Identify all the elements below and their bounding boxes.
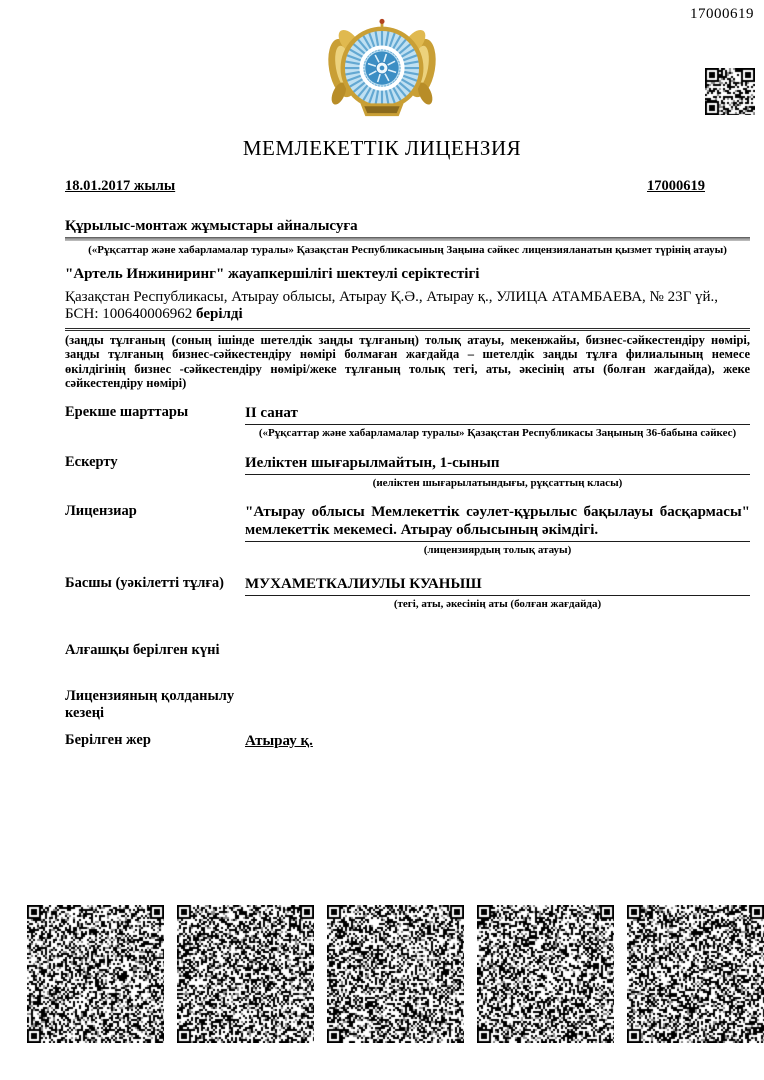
barcode-5-icon bbox=[627, 905, 764, 1043]
field-label: Ерекше шарттары bbox=[65, 404, 245, 421]
divider-thin bbox=[65, 328, 750, 331]
field-label: Лицензиар bbox=[65, 503, 245, 520]
licensee-address-line2: БСН: 100640006962 берілді bbox=[65, 306, 750, 324]
field-caption: (лицензиярдың толық атауы) bbox=[245, 544, 750, 558]
corner-license-number: 17000619 bbox=[690, 6, 754, 23]
field-value: II санат bbox=[245, 404, 750, 425]
license-number: 17000619 bbox=[647, 178, 705, 195]
issue-date: 18.01.2017 жылы bbox=[65, 178, 175, 195]
field-label: Берілген жер bbox=[65, 732, 245, 749]
activity-caption: («Рұқсаттар және хабарламалар туралы» Қа… bbox=[65, 244, 750, 258]
license-document: 17000619 МЕМ bbox=[0, 0, 764, 1080]
field-label: Басшы (уәкілетті тұлға) bbox=[65, 575, 245, 592]
barcode-1-icon bbox=[27, 905, 164, 1043]
kazakhstan-emblem-icon bbox=[323, 17, 441, 121]
field-caption: («Рұқсаттар және хабарламалар туралы» Қа… bbox=[245, 427, 750, 441]
barcode-3-icon bbox=[327, 905, 464, 1043]
licensee-company-name: "Артель Инжиниринг" жауапкершілігі шекте… bbox=[65, 266, 750, 283]
issued-word: берілді bbox=[196, 306, 243, 322]
licensee-bsn: БСН: 100640006962 bbox=[65, 306, 192, 322]
field-label: Алғашқы берілген күні bbox=[65, 642, 245, 659]
field-head-person: Басшы (уәкілетті тұлға) МУХАМЕТКАЛИУЛЫ К… bbox=[65, 575, 750, 612]
field-label: Ескерту bbox=[65, 454, 245, 471]
field-caption: (тегі, аты, әкесінің аты (болған жағдайд… bbox=[245, 598, 750, 612]
field-licensor: Лицензиар "Атырау облысы Мемлекеттік сәу… bbox=[65, 503, 750, 558]
barcode-4-icon bbox=[477, 905, 614, 1043]
field-label: Лицензияның қолданылу кезеңі bbox=[65, 688, 245, 722]
barcode-strip bbox=[27, 905, 764, 1043]
legal-entity-caption: (заңды тұлғаның (соның ішінде шетелдік з… bbox=[65, 333, 750, 391]
field-issue-place: Берілген жер Атырау қ. bbox=[65, 732, 750, 750]
field-value: Иеліктен шығарылмайтын, 1-сынып bbox=[245, 454, 750, 475]
qr-code-icon bbox=[705, 68, 755, 115]
emblem-banner bbox=[360, 103, 403, 116]
field-caption: (иеліктен шығарылатындығы, рұқсаттың кла… bbox=[245, 477, 750, 491]
document-body: 18.01.2017 жылы 17000619 Құрылыс-монтаж … bbox=[0, 178, 764, 750]
date-number-row: 18.01.2017 жылы 17000619 bbox=[65, 178, 750, 195]
field-note: Ескерту Иеліктен шығарылмайтын, 1-сынып … bbox=[65, 454, 750, 491]
divider-thick bbox=[65, 237, 750, 241]
activity-name: Құрылыс-монтаж жұмыстары айналысуға bbox=[65, 218, 750, 235]
field-validity-period: Лицензияның қолданылу кезеңі bbox=[65, 688, 750, 722]
field-first-issue-date: Алғашқы берілген күні bbox=[65, 642, 750, 659]
field-value: "Атырау облысы Мемлекеттік сәулет-құрылы… bbox=[245, 503, 750, 542]
field-special-conditions: Ерекше шарттары II санат («Рұқсаттар жән… bbox=[65, 404, 750, 441]
field-value: Атырау қ. bbox=[245, 733, 313, 749]
barcode-2-icon bbox=[177, 905, 314, 1043]
field-value: МУХАМЕТКАЛИУЛЫ КУАНЫШ bbox=[245, 575, 750, 596]
licensee-address-line1: Қазақстан Республикасы, Атырау облысы, А… bbox=[65, 289, 750, 307]
